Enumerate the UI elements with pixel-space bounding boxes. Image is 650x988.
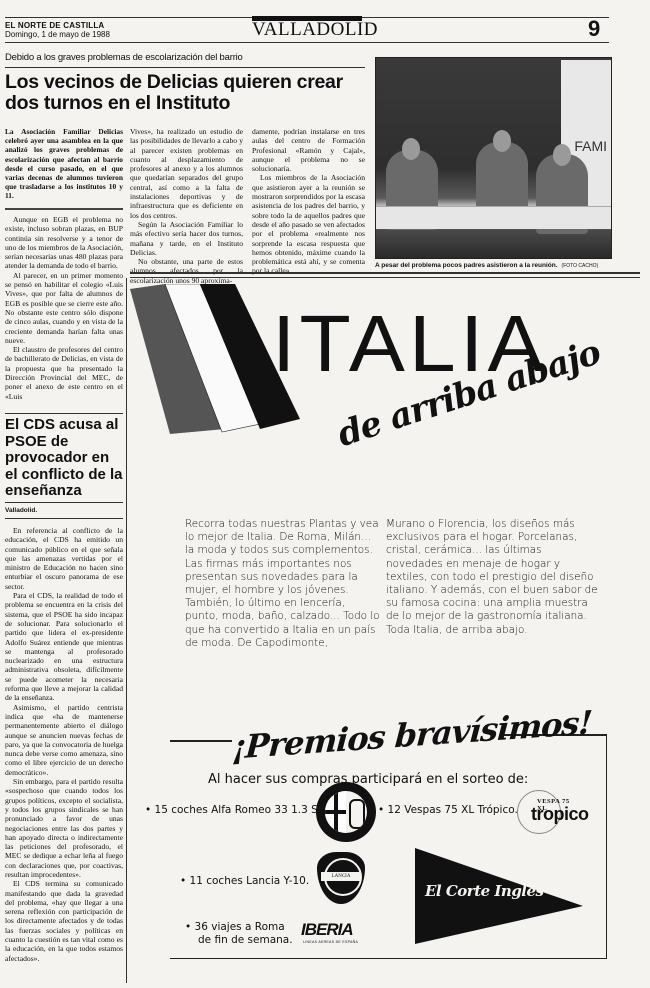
kicker-rule [5,67,365,68]
banner-text: FAMI [574,138,607,154]
headline-rule [5,502,123,503]
person-head [493,130,511,152]
caption-text: A pesar del problema pocos padres asisti… [375,262,558,269]
article-divider [130,272,640,278]
prize-line: de fin de semana. [185,934,293,947]
ad-body-left: Recorra todas nuestras Plantas y vea lo … [185,518,380,650]
publication-date: Domingo, 1 de mayo de 1988 [5,30,110,39]
article-headline-2: El CDS acusa al PSOE de provocador en el… [5,417,125,500]
dateline: Valladolid. [5,507,37,514]
dateline-rule [5,518,123,519]
article-column-1: Aunque en EGB el problema no existe, inc… [5,215,123,401]
article-divider [5,413,123,414]
paragraph: Sin embargo, para el partido resulta «so… [5,777,123,879]
paragraph: Vives», ha realizado un estudio de las p… [130,127,243,220]
alfa-romeo-emblem [325,791,367,833]
article-lede: La Asociación Familiar Delicias celebró … [5,127,123,201]
paragraph: Asimismo, el partido centrista indica qu… [5,703,123,777]
prize-lancia: • 11 coches Lancia Y-10. [180,875,309,888]
person-head [553,144,571,166]
paragraph: En referencia al conflicto de la educaci… [5,526,123,591]
paragraph: Al parecer, en un primer momento se pens… [5,271,123,345]
lancia-wordmark: LANCIA [321,872,361,881]
iberia-tagline: LINEAS AEREAS DE ESPAÑA [303,940,358,944]
news-photo: FAMI [375,57,612,259]
person-head [402,138,420,160]
el-corte-ingles-logo-icon: El Corte Inglés [415,848,583,944]
paragraph: Para el CDS, la realidad de todo el prob… [5,591,123,703]
paragraph: Aunque en EGB el problema no existe, inc… [5,215,123,271]
photo-credit: (FOTO CACHO) [562,263,599,269]
article-column-3: damente, podrían instalarse en tres aula… [252,127,365,276]
paragraph: El claustro de profesores del centro de … [5,345,123,401]
prizes-rule [170,740,232,742]
photo-caption: A pesar del problema pocos padres asisti… [375,262,598,269]
prize-line: • 36 viajes a Roma [185,921,293,934]
article-2-body: En referencia al conflicto de la educaci… [5,526,123,963]
masthead-rule-bottom [5,42,609,43]
paragraph: Los miembros de la Asociación que asisti… [252,173,365,275]
paragraph: Según la Asociación Familiar lo más efec… [130,220,243,257]
article-headline: Los vecinos de Delicias quieren crear do… [5,72,375,114]
ad-body-right: Murano o Florencia, los diseños más excl… [386,518,601,637]
prizes-intro: Al hacer sus compras participará en el s… [208,772,528,787]
section-title: VALLADOLID [252,19,378,41]
column-divider [126,278,127,983]
article-column-2: Vives», ha realizado un estudio de las p… [130,127,243,285]
vespa-wordmark: tropico [531,804,589,825]
paragraph: El CDS termina su comunicado manifestand… [5,879,123,963]
newspaper-name: EL NORTE DE CASTILLA [5,21,104,30]
vespa-tropico-logo-icon: VESPA 75 XL tropico [517,788,581,836]
store-wordmark: El Corte Inglés [425,882,544,900]
paragraph: damente, podrían instalarse en tres aula… [252,127,365,173]
page-number: 9 [588,16,600,42]
iberia-wordmark: IBERIA [301,920,353,940]
prize-vespa: • 12 Vespas 75 XL Trópico. [378,804,518,817]
table [376,206,611,229]
article-kicker: Debido a los graves problemas de escolar… [5,52,243,63]
alfa-romeo-logo-icon [316,782,376,842]
lede-rule [5,208,123,210]
prize-alfa-romeo: • 15 coches Alfa Romeo 33 1.3 S [145,804,318,817]
iberia-logo-icon: IBERIA LINEAS AEREAS DE ESPAÑA [301,918,401,948]
prize-rome-trips: • 36 viajes a Roma de fin de semana. [185,921,293,947]
